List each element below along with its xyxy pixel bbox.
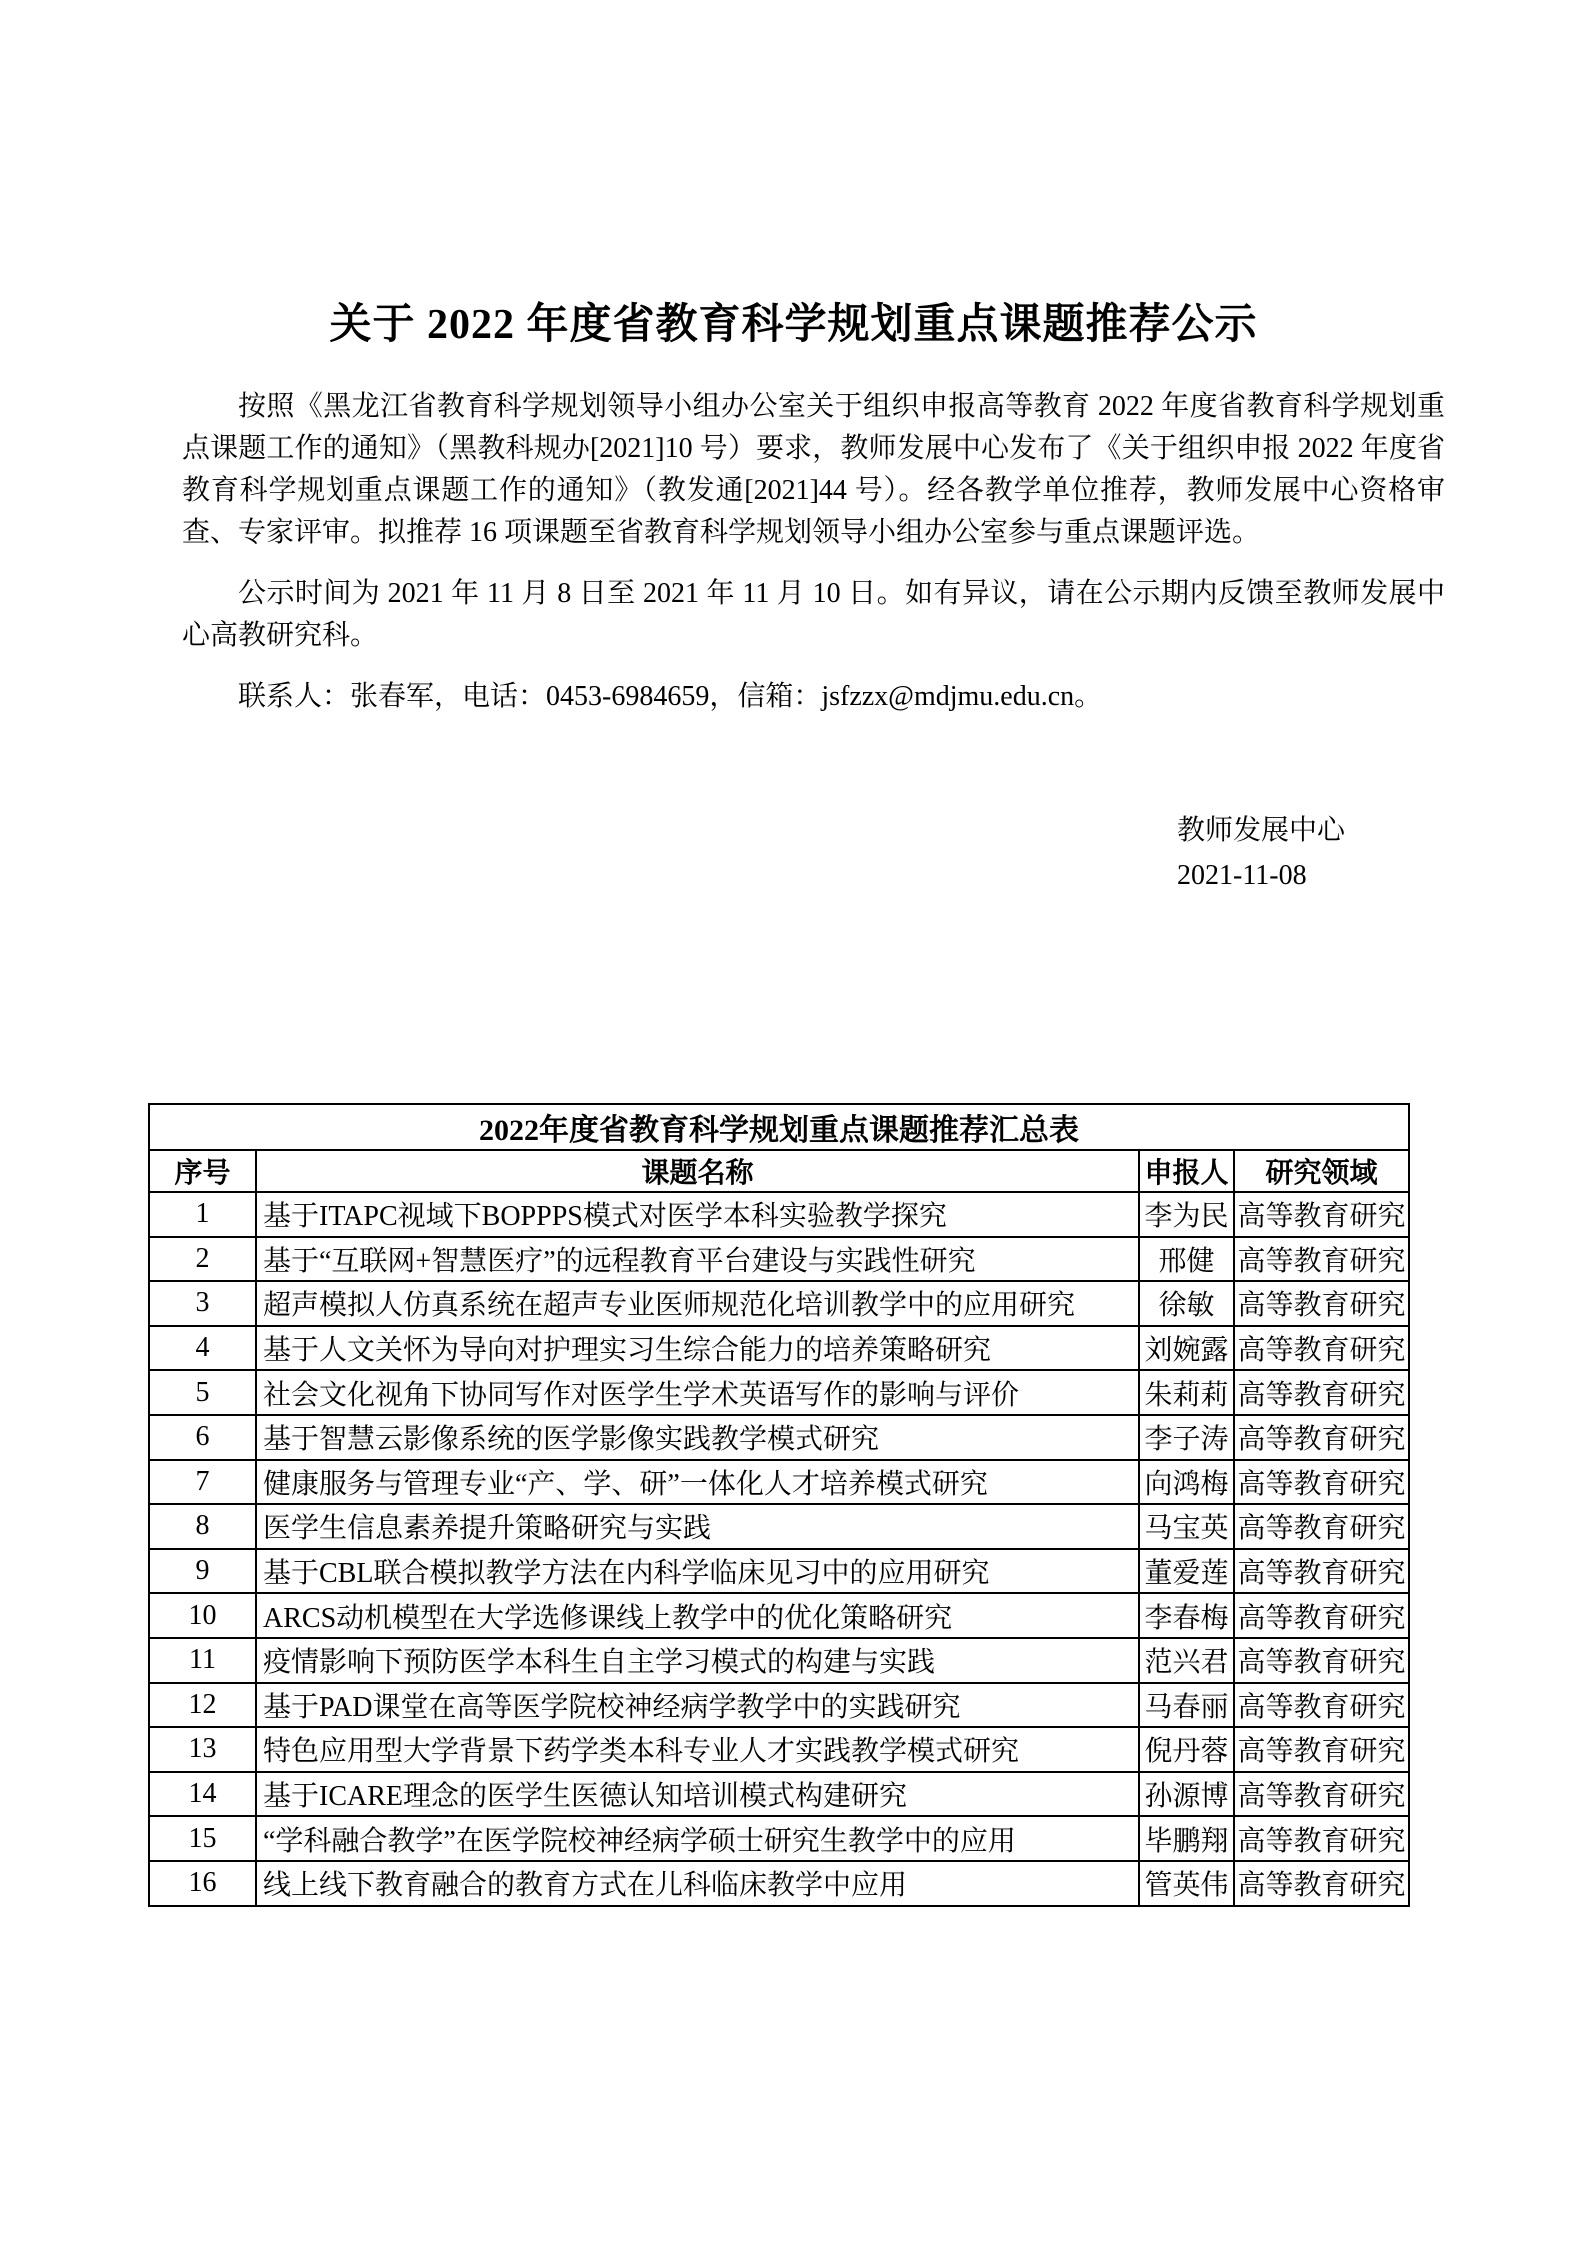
topic-title-cell: 基于PAD课堂在高等医学院校神经病学教学中的实践研究 — [256, 1683, 1139, 1728]
research-field-cell: 高等教育研究 — [1234, 1593, 1409, 1638]
research-field-cell: 高等教育研究 — [1234, 1370, 1409, 1415]
table-row: 3 超声模拟人仿真系统在超声专业医师规范化培训教学中的应用研究 徐敏 高等教育研… — [149, 1281, 1409, 1326]
paragraph-basis: 按照《黑龙江省教育科学规划领导小组办公室关于组织申报高等教育 2022 年度省教… — [182, 386, 1445, 554]
row-index-cell: 8 — [149, 1504, 256, 1549]
page-title: 关于 2022 年度省教育科学规划重点课题推荐公示 — [140, 300, 1447, 350]
row-index-cell: 4 — [149, 1326, 256, 1371]
document-page: 关于 2022 年度省教育科学规划重点课题推荐公示 按照《黑龙江省教育科学规划领… — [0, 0, 1587, 2245]
research-field-cell: 高等教育研究 — [1234, 1861, 1409, 1906]
topic-title-cell: 特色应用型大学背景下药学类本科专业人才实践教学模式研究 — [256, 1727, 1139, 1772]
research-field-cell: 高等教育研究 — [1234, 1549, 1409, 1594]
notice-body: 按照《黑龙江省教育科学规划领导小组办公室关于组织申报高等教育 2022 年度省教… — [182, 386, 1445, 718]
header-research-field: 研究领域 — [1234, 1150, 1409, 1192]
research-field-cell: 高等教育研究 — [1234, 1504, 1409, 1549]
research-field-cell: 高等教育研究 — [1234, 1460, 1409, 1505]
topic-title-cell: 疫情影响下预防医学本科生自主学习模式的构建与实践 — [256, 1638, 1139, 1683]
research-field-cell: 高等教育研究 — [1234, 1638, 1409, 1683]
applicant-cell: 向鸿梅 — [1139, 1460, 1234, 1505]
table-row: 5 社会文化视角下协同写作对医学生学术英语写作的影响与评价 朱莉莉 高等教育研究 — [149, 1370, 1409, 1415]
table-row: 7 健康服务与管理专业“产、学、研”一体化人才培养模式研究 向鸿梅 高等教育研究 — [149, 1460, 1409, 1505]
row-index-cell: 3 — [149, 1281, 256, 1326]
research-field-cell: 高等教育研究 — [1234, 1237, 1409, 1282]
topic-title-cell: 基于“互联网+智慧医疗”的远程教育平台建设与实践性研究 — [256, 1237, 1139, 1282]
topic-title-cell: 超声模拟人仿真系统在超声专业医师规范化培训教学中的应用研究 — [256, 1281, 1139, 1326]
applicant-cell: 管英伟 — [1139, 1861, 1234, 1906]
research-field-cell: 高等教育研究 — [1234, 1281, 1409, 1326]
applicant-cell: 徐敏 — [1139, 1281, 1234, 1326]
applicant-cell: 孙源博 — [1139, 1772, 1234, 1817]
research-field-cell: 高等教育研究 — [1234, 1326, 1409, 1371]
research-field-cell: 高等教育研究 — [1234, 1192, 1409, 1237]
applicant-cell: 董爱莲 — [1139, 1549, 1234, 1594]
row-index-cell: 1 — [149, 1192, 256, 1237]
paragraph-publicity-period: 公示时间为 2021 年 11 月 8 日至 2021 年 11 月 10 日。… — [182, 573, 1445, 657]
topic-title-cell: 社会文化视角下协同写作对医学生学术英语写作的影响与评价 — [256, 1370, 1139, 1415]
applicant-cell: 李为民 — [1139, 1192, 1234, 1237]
row-index-cell: 14 — [149, 1772, 256, 1817]
signature-date: 2021-11-08 — [1177, 853, 1345, 898]
header-topic-title: 课题名称 — [256, 1150, 1139, 1192]
table-row: 12 基于PAD课堂在高等医学院校神经病学教学中的实践研究 马春丽 高等教育研究 — [149, 1683, 1409, 1728]
signature-org: 教师发展中心 — [1177, 808, 1345, 853]
row-index-cell: 5 — [149, 1370, 256, 1415]
applicant-cell: 范兴君 — [1139, 1638, 1234, 1683]
applicant-cell: 倪丹蓉 — [1139, 1727, 1234, 1772]
header-applicant: 申报人 — [1139, 1150, 1234, 1192]
signature-block: 教师发展中心 2021-11-08 — [1177, 808, 1345, 898]
topic-title-cell: 健康服务与管理专业“产、学、研”一体化人才培养模式研究 — [256, 1460, 1139, 1505]
row-index-cell: 12 — [149, 1683, 256, 1728]
applicant-cell: 李春梅 — [1139, 1593, 1234, 1638]
table-row: 13 特色应用型大学背景下药学类本科专业人才实践教学模式研究 倪丹蓉 高等教育研… — [149, 1727, 1409, 1772]
topic-title-cell: “学科融合教学”在医学院校神经病学硕士研究生教学中的应用 — [256, 1816, 1139, 1861]
topic-title-cell: 基于ICARE理念的医学生医德认知培训模式构建研究 — [256, 1772, 1139, 1817]
row-index-cell: 15 — [149, 1816, 256, 1861]
table-row: 6 基于智慧云影像系统的医学影像实践教学模式研究 李子涛 高等教育研究 — [149, 1415, 1409, 1460]
topic-title-cell: 线上线下教育融合的教育方式在儿科临床教学中应用 — [256, 1861, 1139, 1906]
research-field-cell: 高等教育研究 — [1234, 1772, 1409, 1817]
research-field-cell: 高等教育研究 — [1234, 1683, 1409, 1728]
applicant-cell: 马宝英 — [1139, 1504, 1234, 1549]
row-index-cell: 13 — [149, 1727, 256, 1772]
recommendation-table: 2022年度省教育科学规划重点课题推荐汇总表 序号 课题名称 申报人 研究领域 … — [148, 1103, 1410, 1907]
topic-title-cell: ARCS动机模型在大学选修课线上教学中的优化策略研究 — [256, 1593, 1139, 1638]
applicant-cell: 朱莉莉 — [1139, 1370, 1234, 1415]
research-field-cell: 高等教育研究 — [1234, 1816, 1409, 1861]
table-row: 8 医学生信息素养提升策略研究与实践 马宝英 高等教育研究 — [149, 1504, 1409, 1549]
table-row: 15 “学科融合教学”在医学院校神经病学硕士研究生教学中的应用 毕鹏翔 高等教育… — [149, 1816, 1409, 1861]
table-row: 1 基于ITAPC视域下BOPPPS模式对医学本科实验教学探究 李为民 高等教育… — [149, 1192, 1409, 1237]
table-header-row: 序号 课题名称 申报人 研究领域 — [149, 1150, 1409, 1192]
row-index-cell: 2 — [149, 1237, 256, 1282]
row-index-cell: 7 — [149, 1460, 256, 1505]
table-row: 14 基于ICARE理念的医学生医德认知培训模式构建研究 孙源博 高等教育研究 — [149, 1772, 1409, 1817]
table-row: 10 ARCS动机模型在大学选修课线上教学中的优化策略研究 李春梅 高等教育研究 — [149, 1593, 1409, 1638]
topic-title-cell: 基于CBL联合模拟教学方法在内科学临床见习中的应用研究 — [256, 1549, 1139, 1594]
table-title: 2022年度省教育科学规划重点课题推荐汇总表 — [149, 1104, 1409, 1150]
topic-title-cell: 基于智慧云影像系统的医学影像实践教学模式研究 — [256, 1415, 1139, 1460]
header-index: 序号 — [149, 1150, 256, 1192]
applicant-cell: 邢健 — [1139, 1237, 1234, 1282]
table-row: 11 疫情影响下预防医学本科生自主学习模式的构建与实践 范兴君 高等教育研究 — [149, 1638, 1409, 1683]
research-field-cell: 高等教育研究 — [1234, 1727, 1409, 1772]
table-body: 1 基于ITAPC视域下BOPPPS模式对医学本科实验教学探究 李为民 高等教育… — [149, 1192, 1409, 1906]
table-row: 2 基于“互联网+智慧医疗”的远程教育平台建设与实践性研究 邢健 高等教育研究 — [149, 1237, 1409, 1282]
table-row: 9 基于CBL联合模拟教学方法在内科学临床见习中的应用研究 董爱莲 高等教育研究 — [149, 1549, 1409, 1594]
table-title-row: 2022年度省教育科学规划重点课题推荐汇总表 — [149, 1104, 1409, 1150]
topic-title-cell: 医学生信息素养提升策略研究与实践 — [256, 1504, 1139, 1549]
applicant-cell: 李子涛 — [1139, 1415, 1234, 1460]
row-index-cell: 11 — [149, 1638, 256, 1683]
table-row: 16 线上线下教育融合的教育方式在儿科临床教学中应用 管英伟 高等教育研究 — [149, 1861, 1409, 1906]
row-index-cell: 9 — [149, 1549, 256, 1594]
table-row: 4 基于人文关怀为导向对护理实习生综合能力的培养策略研究 刘婉露 高等教育研究 — [149, 1326, 1409, 1371]
applicant-cell: 马春丽 — [1139, 1683, 1234, 1728]
research-field-cell: 高等教育研究 — [1234, 1415, 1409, 1460]
row-index-cell: 10 — [149, 1593, 256, 1638]
topic-title-cell: 基于人文关怀为导向对护理实习生综合能力的培养策略研究 — [256, 1326, 1139, 1371]
applicant-cell: 刘婉露 — [1139, 1326, 1234, 1371]
topic-title-cell: 基于ITAPC视域下BOPPPS模式对医学本科实验教学探究 — [256, 1192, 1139, 1237]
row-index-cell: 6 — [149, 1415, 256, 1460]
applicant-cell: 毕鹏翔 — [1139, 1816, 1234, 1861]
row-index-cell: 16 — [149, 1861, 256, 1906]
paragraph-contact: 联系人：张春军，电话：0453-6984659，信箱：jsfzzx@mdjmu.… — [182, 676, 1445, 718]
